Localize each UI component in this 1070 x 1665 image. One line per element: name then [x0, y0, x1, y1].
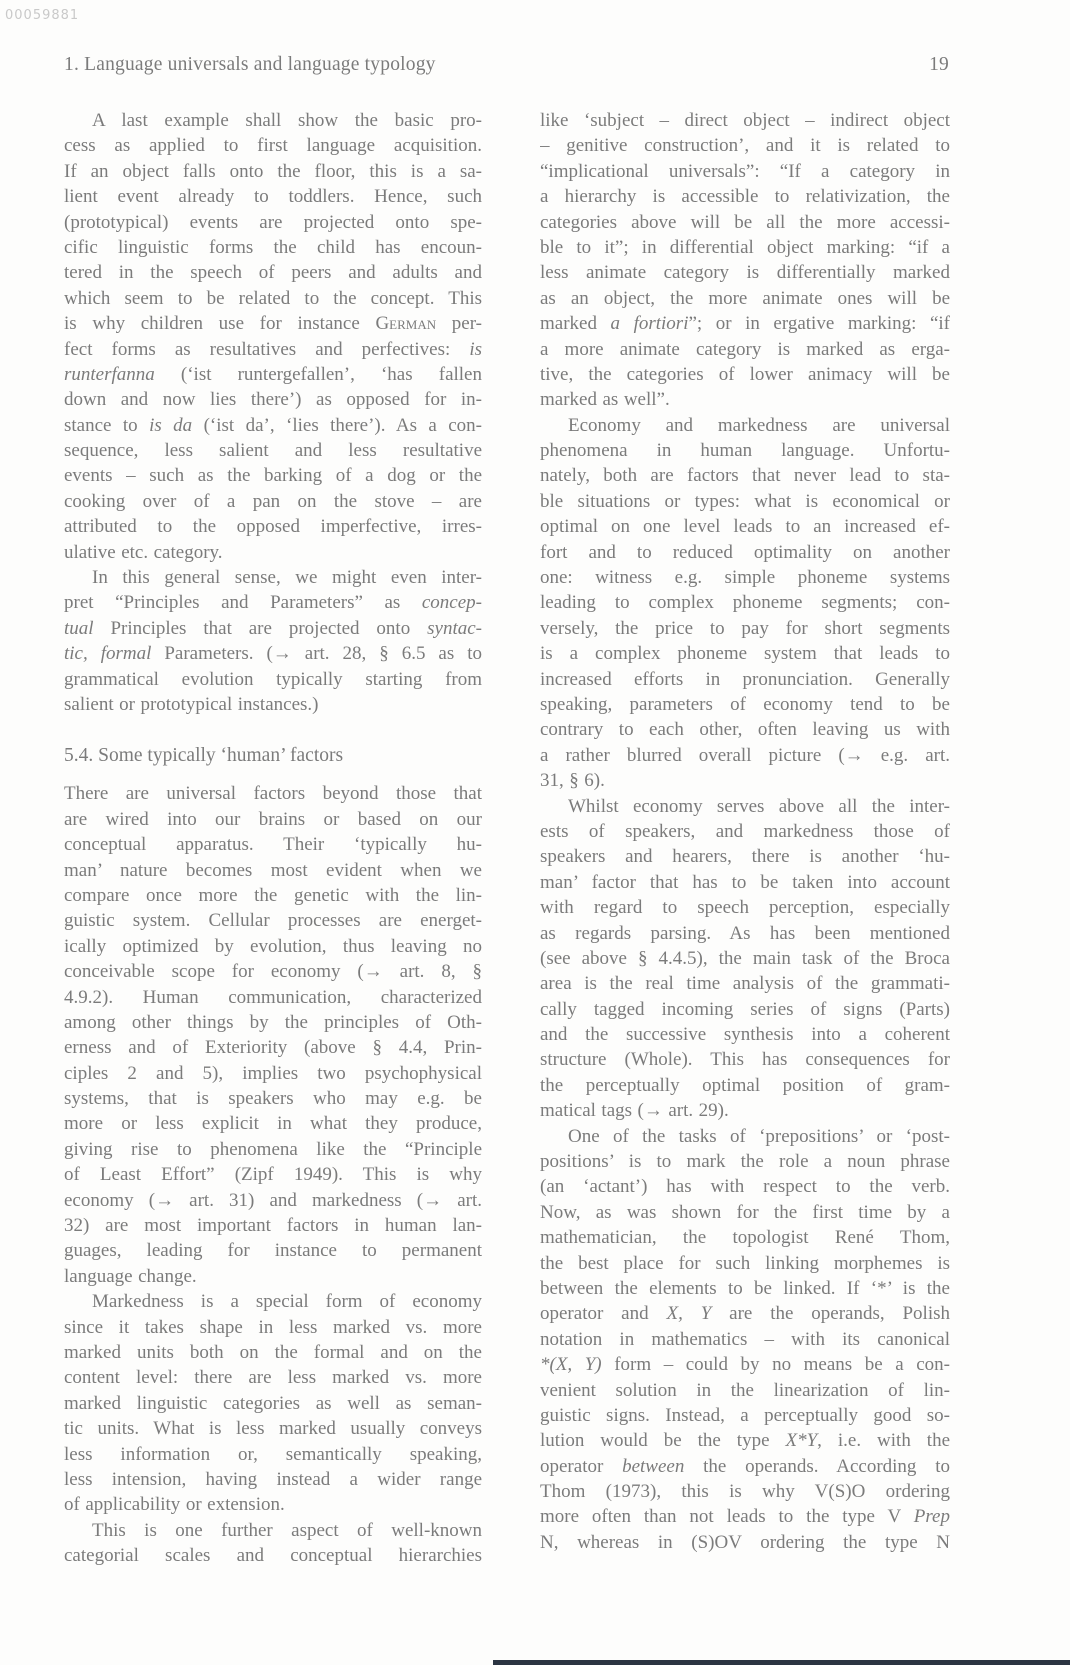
paragraph: This is one further aspect of well-known… [64, 1518, 482, 1569]
italic-text: X*Y [785, 1430, 817, 1451]
plain-text: marked [540, 313, 611, 334]
text-line: notation in mathematics – with its canon… [540, 1327, 950, 1352]
text-line: structure (Whole). This has consequences… [540, 1047, 950, 1072]
text-line: Economy and markedness are universal [540, 413, 950, 438]
text-line: a rather blurred overall picture (→ e.g.… [540, 743, 950, 768]
text-line: giving rise to phenomena like the “Princ… [64, 1137, 482, 1162]
text-line: versely, the price to pay for short segm… [540, 616, 950, 641]
text-line: with regard to speech perception, especi… [540, 895, 950, 920]
text-line: erness and of Exteriority (above § 4.4, … [64, 1035, 482, 1060]
italic-text: syntac- [427, 618, 482, 639]
text-line: content level: there are less marked vs.… [64, 1365, 482, 1390]
text-line: ulative etc. category. [64, 540, 482, 565]
right-column: like ‘subject – direct object – indirect… [540, 108, 950, 1555]
text-line: 32) are most important factors in human … [64, 1213, 482, 1238]
text-line: contrary to each other, often leaving us… [540, 717, 950, 742]
italic-text: tic, formal [64, 643, 151, 664]
italic-text: runterfanna [64, 364, 155, 385]
text-line: a more animate category is marked as erg… [540, 337, 950, 362]
text-line: which seem to be related to the concept.… [64, 286, 482, 311]
text-line: – genitive construction’, and it is rela… [540, 133, 950, 158]
text-line: increased efforts in pronunciation. Gene… [540, 667, 950, 692]
text-line: less intension, having instead a wider r… [64, 1467, 482, 1492]
text-line: ically optimized by evolution, thus leav… [64, 934, 482, 959]
text-line: speakers and hearers, there is another ‘… [540, 844, 950, 869]
text-line: of Least Effort” (Zipf 1949). This is wh… [64, 1162, 482, 1187]
plain-text: Parameters. (→ art. 28, § 6.5 as to [151, 643, 482, 664]
plain-text: more often than not leads to the type V [540, 1506, 914, 1527]
text-line: If an object falls onto the floor, this … [64, 159, 482, 184]
plain-text: fect forms as resultatives and perfectiv… [64, 339, 469, 360]
text-line: venient solution in the linearization of… [540, 1378, 950, 1403]
text-line: more or less explicit in what they produ… [64, 1111, 482, 1136]
text-line: mathematician, the topologist René Thom, [540, 1225, 950, 1250]
text-line: In this general sense, we might even int… [64, 565, 482, 590]
running-header-title: 1. Language universals and language typo… [64, 54, 436, 76]
text-line: marked a fortiori”; or in ergative marki… [540, 311, 950, 336]
text-line: There are universal factors beyond those… [64, 781, 482, 806]
plain-text: stance to [64, 415, 149, 436]
plain-text: (‘ist da’, ‘lies there’). As a con- [192, 415, 482, 436]
text-line: between the elements to be linked. If ‘*… [540, 1276, 950, 1301]
text-line: sequence, less salient and less resultat… [64, 438, 482, 463]
text-line: operator between the operands. According… [540, 1454, 950, 1479]
italic-text: is [469, 339, 482, 360]
text-line: man’ nature becomes most evident when we [64, 858, 482, 883]
text-line: phenomena in human language. Unfortu- [540, 438, 950, 463]
plain-text: pret “Principles and Parameters” as [64, 592, 422, 613]
text-line: fect forms as resultatives and perfectiv… [64, 337, 482, 362]
text-line: (an ‘actant’) has with respect to the ve… [540, 1174, 950, 1199]
italic-text: *(X, Y) [540, 1354, 602, 1375]
plain-text: ”; or in ergative marking: “if [688, 313, 950, 334]
text-line: a hierarchy is accessible to relativizat… [540, 184, 950, 209]
text-line: the perceptually optimal position of gra… [540, 1073, 950, 1098]
text-line: operator and X, Y are the operands, Poli… [540, 1301, 950, 1326]
italic-text: is da [149, 415, 192, 436]
text-line: *(X, Y) form – could by no means be a co… [540, 1352, 950, 1377]
text-line: conceivable scope for economy (→ art. 8,… [64, 959, 482, 984]
text-line: area is the real time analysis of the gr… [540, 971, 950, 996]
text-line: less animate category is differentially … [540, 260, 950, 285]
text-line: N, whereas in (S)OV ordering the type N [540, 1530, 950, 1555]
text-line: as an object, the more animate ones will… [540, 286, 950, 311]
text-line: A last example shall show the basic pro- [64, 108, 482, 133]
plain-text: the operands. According to [684, 1456, 950, 1477]
text-line: optimal on one level leads to an increas… [540, 514, 950, 539]
plain-text: are the operands, Polish [711, 1303, 950, 1324]
text-line: speaking, parameters of economy tend to … [540, 692, 950, 717]
text-line: lution would be the type X*Y, i.e. with … [540, 1428, 950, 1453]
text-line: marked as well”. [540, 387, 950, 412]
text-line: runterfanna (‘ist runtergefallen’, ‘has … [64, 362, 482, 387]
text-line: is why children use for instance German … [64, 311, 482, 336]
text-line: and the successive synthesis into a cohe… [540, 1022, 950, 1047]
smallcaps-text: German [375, 313, 436, 334]
text-line: fort and to reduced optimality on anothe… [540, 540, 950, 565]
italic-text: Prep [914, 1506, 950, 1527]
plain-text: per- [436, 313, 482, 334]
text-line: salient or prototypical instances.) [64, 692, 482, 717]
text-line: economy (→ art. 31) and markedness (→ ar… [64, 1188, 482, 1213]
paragraph: A last example shall show the basic pro-… [64, 108, 482, 565]
text-line: Now, as was shown for the first time by … [540, 1200, 950, 1225]
text-line: the best place for such linking morpheme… [540, 1251, 950, 1276]
text-line: since it takes shape in less marked vs. … [64, 1315, 482, 1340]
text-line: ciples 2 and 5), implies two psychophysi… [64, 1061, 482, 1086]
text-line: like ‘subject – direct object – indirect… [540, 108, 950, 133]
text-line: is a complex phoneme system that leads t… [540, 641, 950, 666]
scan-edge-artifact [493, 1660, 1070, 1665]
text-line: 31, § 6). [540, 768, 950, 793]
plain-text: (‘ist runtergefallen’, ‘has fallen [155, 364, 482, 385]
paragraph: There are universal factors beyond those… [64, 781, 482, 1289]
plain-text: Principles that are projected onto [94, 618, 428, 639]
plain-text: operator [540, 1456, 622, 1477]
italic-text: concep- [422, 592, 482, 613]
plain-text: form – could by no means be a con- [602, 1354, 950, 1375]
text-line: lient event already to toddlers. Hence, … [64, 184, 482, 209]
text-line: down and now lies there’) as opposed for… [64, 387, 482, 412]
page-number: 19 [929, 54, 949, 76]
scanned-page: 00059881 1. Language universals and lang… [0, 0, 1070, 1665]
text-line: matical tags (→ art. 29). [540, 1098, 950, 1123]
text-line: systems, that is speakers who may e.g. b… [64, 1086, 482, 1111]
text-line: cooking over of a pan on the stove – are [64, 489, 482, 514]
text-line: tive, the categories of lower animacy wi… [540, 362, 950, 387]
text-line: ble situations or types: what is economi… [540, 489, 950, 514]
text-line: Markedness is a special form of economy [64, 1289, 482, 1314]
text-line: This is one further aspect of well-known [64, 1518, 482, 1543]
text-line: One of the tasks of ‘prepositions’ or ‘p… [540, 1124, 950, 1149]
plain-text: is why children use for instance [64, 313, 375, 334]
running-header: 1. Language universals and language typo… [64, 54, 949, 76]
text-line: attributed to the opposed imperfective, … [64, 514, 482, 539]
text-line: tual Principles that are projected onto … [64, 616, 482, 641]
text-line: categorial scales and conceptual hierarc… [64, 1543, 482, 1568]
text-line: cess as applied to first language acquis… [64, 133, 482, 158]
plain-text: operator and [540, 1303, 666, 1324]
text-line: grammatical evolution typically starting… [64, 667, 482, 692]
section-heading: 5.4. Some typically ‘human’ factors [64, 743, 482, 768]
text-line: ble to it”; in differential object marki… [540, 235, 950, 260]
text-line: as regards parsing. As has been mentione… [540, 921, 950, 946]
text-line: positions’ is to mark the role a noun ph… [540, 1149, 950, 1174]
italic-text: X, Y [666, 1303, 711, 1324]
text-line: Whilst economy serves above all the inte… [540, 794, 950, 819]
plain-text: , i.e. with the [817, 1430, 950, 1451]
text-line: of applicability or extension. [64, 1492, 482, 1517]
text-line: 4.9.2). Human communication, characteriz… [64, 985, 482, 1010]
text-line: cific linguistic forms the child has enc… [64, 235, 482, 260]
text-line: categories above will be all the more ac… [540, 210, 950, 235]
text-line: tic, formal Parameters. (→ art. 28, § 6.… [64, 641, 482, 666]
text-line: (see above § 4.4.5), the main task of th… [540, 946, 950, 971]
italic-text: tual [64, 618, 94, 639]
italic-text: between [622, 1456, 684, 1477]
text-line: conceptual apparatus. Their ‘typically h… [64, 832, 482, 857]
text-line: compare once more the genetic with the l… [64, 883, 482, 908]
paragraph: Markedness is a special form of economys… [64, 1289, 482, 1518]
text-line: man’ factor that has to be taken into ac… [540, 870, 950, 895]
text-line: (prototypical) events are projected onto… [64, 210, 482, 235]
watermark: 00059881 [5, 8, 79, 23]
text-line: guistic signs. Instead, a perceptually g… [540, 1403, 950, 1428]
paragraph: One of the tasks of ‘prepositions’ or ‘p… [540, 1124, 950, 1556]
italic-text: a fortiori [611, 313, 689, 334]
plain-text: lution would be the type [540, 1430, 785, 1451]
text-line: “implicational universals”: “If a catego… [540, 159, 950, 184]
text-line: language change. [64, 1264, 482, 1289]
text-line: marked linguistic categories as well as … [64, 1391, 482, 1416]
text-line: among other things by the principles of … [64, 1010, 482, 1035]
text-line: guages, leading for instance to permanen… [64, 1238, 482, 1263]
text-line: cally tagged incoming series of signs (P… [540, 997, 950, 1022]
text-line: marked units both on the formal and on t… [64, 1340, 482, 1365]
paragraph: Economy and markedness are universalphen… [540, 413, 950, 794]
text-line: ests of speakers, and markedness those o… [540, 819, 950, 844]
text-line: more often than not leads to the type V … [540, 1504, 950, 1529]
paragraph: like ‘subject – direct object – indirect… [540, 108, 950, 413]
paragraph: Whilst economy serves above all the inte… [540, 794, 950, 1124]
paragraph: In this general sense, we might even int… [64, 565, 482, 717]
text-line: are wired into our brains or based on ou… [64, 807, 482, 832]
text-line: tered in the speech of peers and adults … [64, 260, 482, 285]
text-line: stance to is da (‘ist da’, ‘lies there’)… [64, 413, 482, 438]
text-line: leading to complex phoneme segments; con… [540, 590, 950, 615]
text-line: less information or, semantically speaki… [64, 1442, 482, 1467]
text-line: events – such as the barking of a dog or… [64, 463, 482, 488]
text-line: Thom (1973), this is why V(S)O ordering [540, 1479, 950, 1504]
text-line: nately, both are factors that never lead… [540, 463, 950, 488]
text-line: tic units. What is less marked usually c… [64, 1416, 482, 1441]
text-line: guistic system. Cellular processes are e… [64, 908, 482, 933]
text-line: one: witness e.g. simple phoneme systems [540, 565, 950, 590]
left-column: A last example shall show the basic pro-… [64, 108, 482, 1568]
text-line: pret “Principles and Parameters” as conc… [64, 590, 482, 615]
